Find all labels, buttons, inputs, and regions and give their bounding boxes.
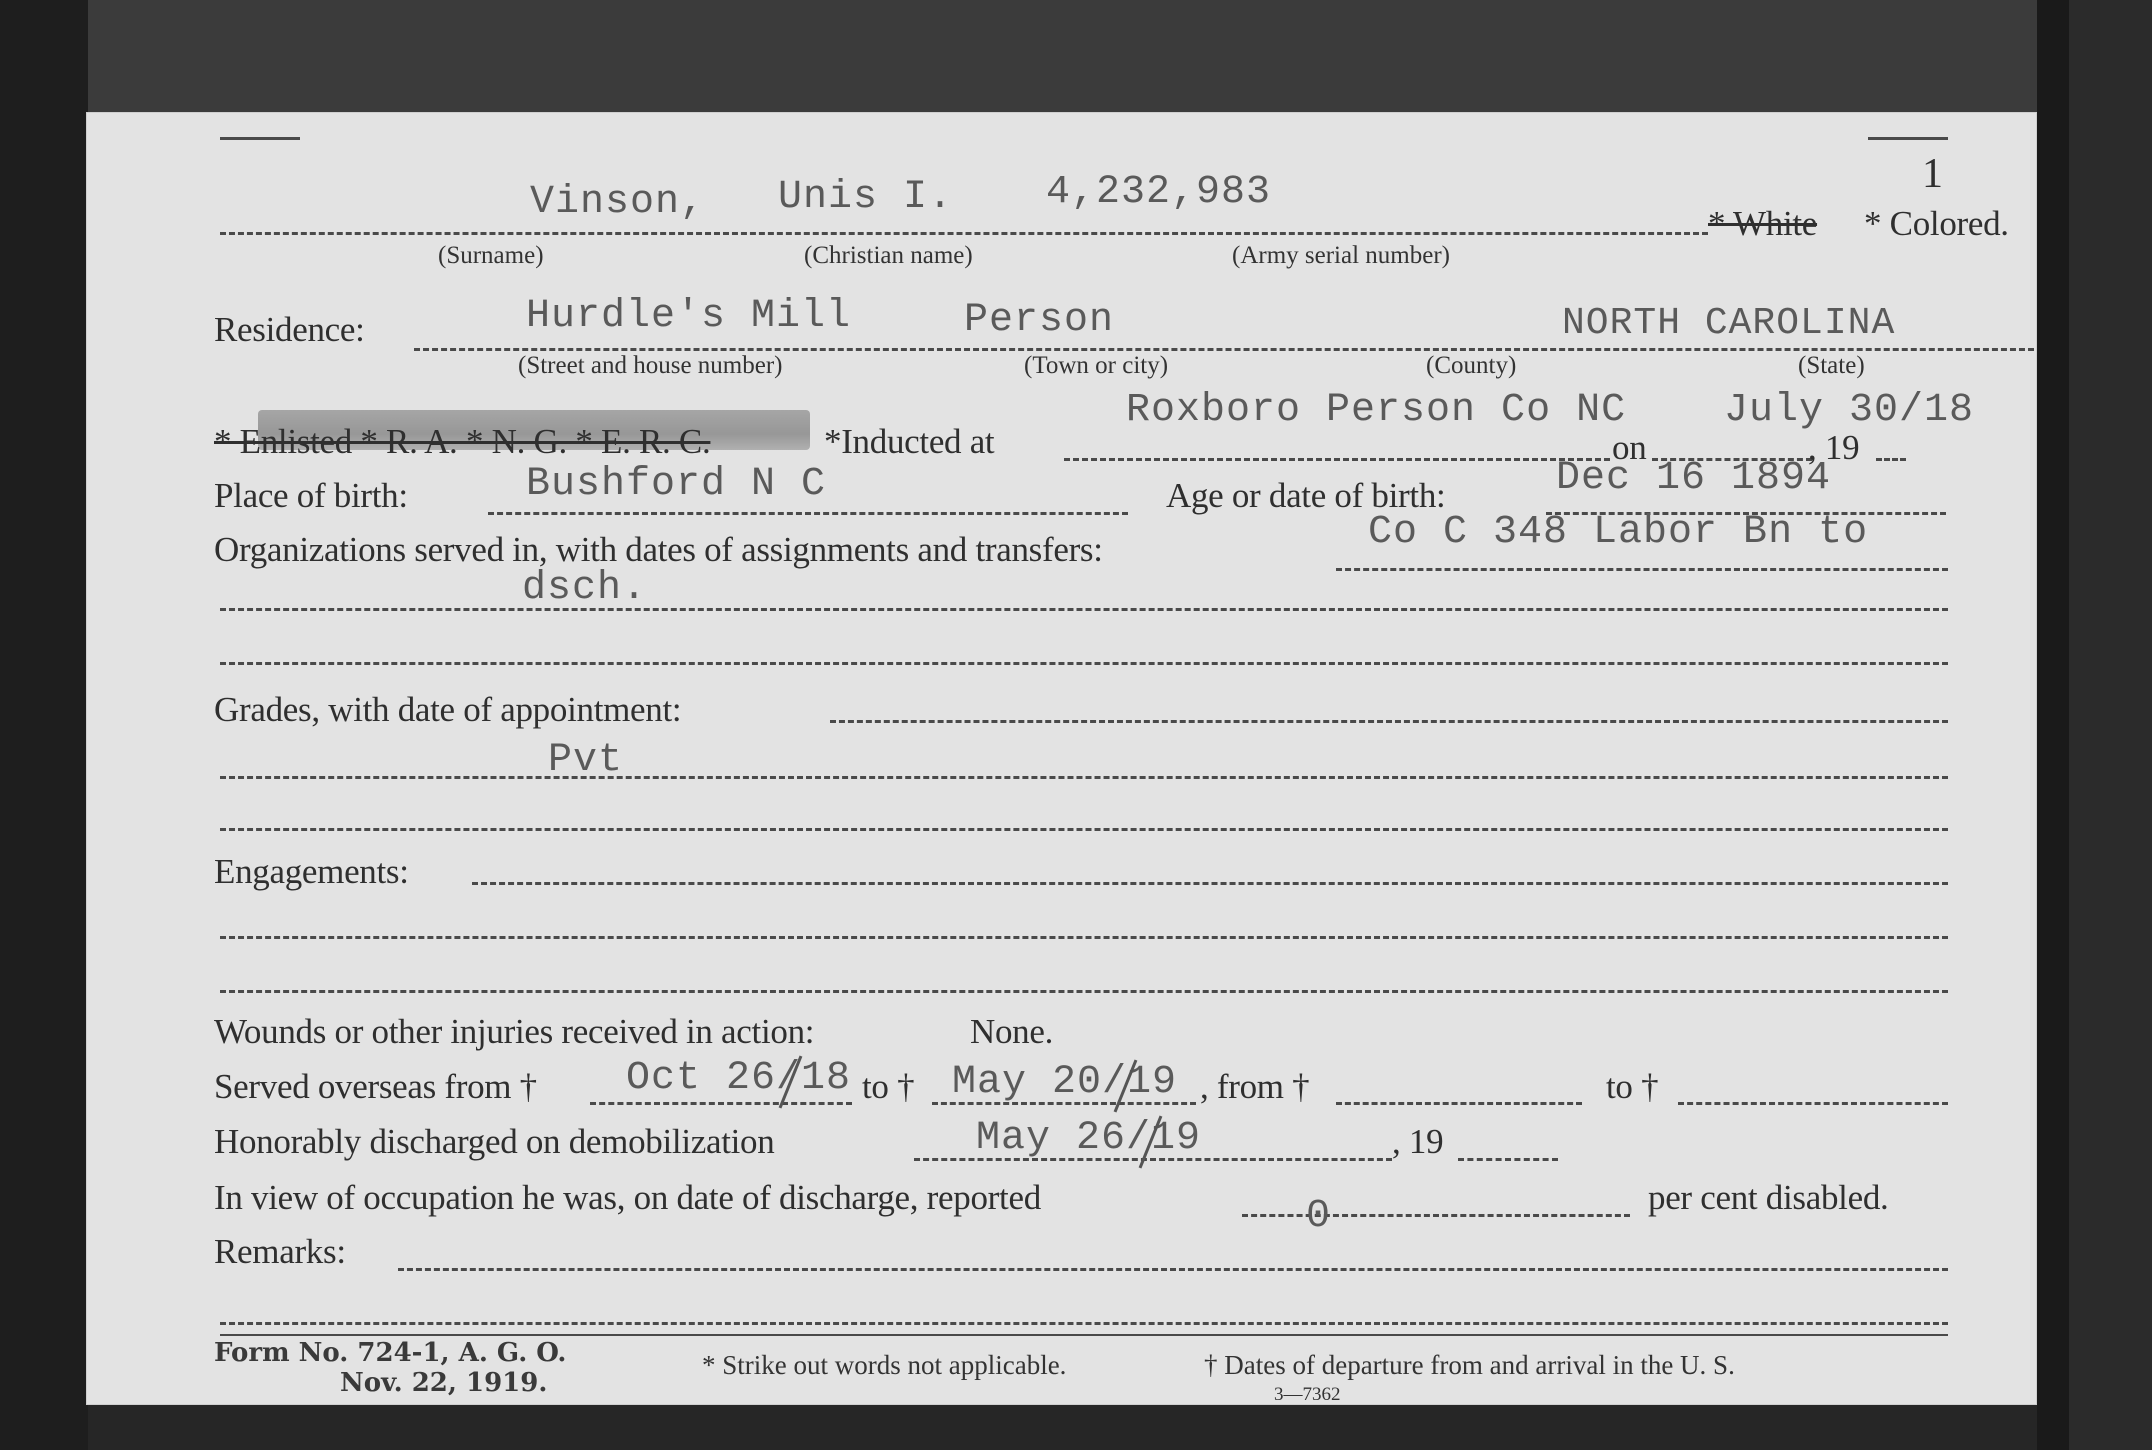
place-of-birth-line xyxy=(488,512,1128,515)
wounds-value: None. xyxy=(970,1012,1053,1052)
inducted-year-line xyxy=(1876,458,1906,461)
print-code: 3—7362 xyxy=(1274,1384,1341,1406)
overseas-to-label: to † xyxy=(862,1067,914,1107)
race-colored-option: * Colored. xyxy=(1864,204,2009,244)
date-of-birth-value: Dec 16 1894 xyxy=(1556,456,1831,501)
organizations-value-line1: Co C 348 Labor Bn to xyxy=(1368,510,1868,555)
footnote-strike-out: * Strike out words not applicable. xyxy=(702,1350,1066,1381)
grades-line-3 xyxy=(220,828,1948,831)
surname-value: Vinson, xyxy=(530,180,705,225)
discharge-date-value: May 26/19 xyxy=(976,1116,1201,1161)
footer-rule xyxy=(220,1334,1948,1336)
discharge-year-line xyxy=(1458,1158,1558,1161)
place-of-birth-value: Bushford N C xyxy=(526,462,826,507)
place-of-birth-label: Place of birth: xyxy=(214,476,408,516)
scanner-edge-stripe xyxy=(2037,0,2069,1450)
form-number: Form No. 724-1, A. G. O. xyxy=(214,1338,567,1368)
overseas-to2-line xyxy=(1678,1102,1948,1105)
disability-suffix: per cent disabled. xyxy=(1648,1178,1888,1218)
disability-value: 0 xyxy=(1306,1194,1331,1239)
overseas-from-label: Served overseas from † xyxy=(214,1067,537,1107)
disability-line xyxy=(1242,1214,1630,1217)
organizations-line-3 xyxy=(220,662,1948,665)
organizations-line-2 xyxy=(220,608,1948,611)
overseas-from-line xyxy=(590,1102,852,1105)
street-caption: (Street and house number) xyxy=(518,352,783,380)
inducted-at-value: Roxboro Person Co NC xyxy=(1126,388,1626,433)
scanner-background-left xyxy=(0,0,88,1450)
residence-line xyxy=(414,348,2034,351)
inducted-label: *Inducted at xyxy=(824,422,994,462)
grades-line-2 xyxy=(220,776,1948,779)
wounds-label: Wounds or other injuries received in act… xyxy=(214,1012,814,1052)
enlistment-type-options: * Enlisted * R. A. * N. G. * E. R. C. xyxy=(214,422,710,462)
organizations-value-line2: dsch. xyxy=(522,566,647,611)
race-white-option: * White xyxy=(1708,204,1817,244)
form-date: Nov. 22, 1919. xyxy=(340,1368,547,1398)
remarks-label: Remarks: xyxy=(214,1232,346,1272)
residence-state-value: NORTH CAROLINA xyxy=(1562,302,1895,345)
surname-caption: (Surname) xyxy=(438,242,544,270)
serial-number-value: 4,232,983 xyxy=(1046,170,1271,215)
grades-line-1 xyxy=(830,720,1948,723)
footnote-dates: † Dates of departure from and arrival in… xyxy=(1204,1350,1735,1381)
race-white-label: * White xyxy=(1708,204,1817,243)
remarks-line-2 xyxy=(220,1322,1948,1325)
grades-label: Grades, with date of appointment: xyxy=(214,690,681,730)
engagements-label: Engagements: xyxy=(214,852,409,892)
engagements-line-2 xyxy=(220,936,1948,939)
state-caption: (State) xyxy=(1798,352,1865,380)
engagements-line-1 xyxy=(472,882,1948,885)
christian-name-caption: (Christian name) xyxy=(804,242,973,270)
page-number: 1 xyxy=(1922,150,1943,198)
overseas-to2-label: to † xyxy=(1606,1067,1658,1107)
top-left-rule xyxy=(220,137,300,140)
discharge-label: Honorably discharged on demobilization xyxy=(214,1122,774,1162)
scanner-background-bottom xyxy=(88,1405,2037,1450)
inducted-date-value: July 30/18 xyxy=(1724,388,1974,433)
residence-street-value: Hurdle's Mill xyxy=(526,294,851,339)
town-caption: (Town or city) xyxy=(1024,352,1168,380)
enlistment-struck-options: * Enlisted * R. A. * N. G. * E. R. C. xyxy=(214,422,710,461)
top-right-rule xyxy=(1868,137,1948,140)
disability-label: In view of occupation he was, on date of… xyxy=(214,1178,1041,1218)
discharge-year-prefix: , 19 xyxy=(1392,1122,1443,1162)
county-caption: (County) xyxy=(1426,352,1516,380)
organizations-line-1 xyxy=(1336,568,1948,571)
residence-label: Residence: xyxy=(214,310,365,350)
inducted-at-line xyxy=(1064,458,1610,461)
remarks-line-1 xyxy=(398,1268,1948,1271)
organizations-label: Organizations served in, with dates of a… xyxy=(214,530,1103,570)
serial-number-caption: (Army serial number) xyxy=(1232,242,1450,270)
engagements-line-3 xyxy=(220,990,1948,993)
overseas-to-value: May 20/19 xyxy=(952,1060,1177,1105)
name-line xyxy=(220,232,1708,235)
overseas-from-value: Oct 26/18 xyxy=(626,1056,851,1101)
christian-name-value: Unis I. xyxy=(778,175,953,220)
overseas-from2-line xyxy=(1336,1102,1582,1105)
overseas-from2-label: , from † xyxy=(1200,1067,1309,1107)
service-record-card: 1 Vinson, Unis I. 4,232,983 * White * Co… xyxy=(86,112,2037,1405)
residence-town-value: Person xyxy=(964,298,1114,343)
